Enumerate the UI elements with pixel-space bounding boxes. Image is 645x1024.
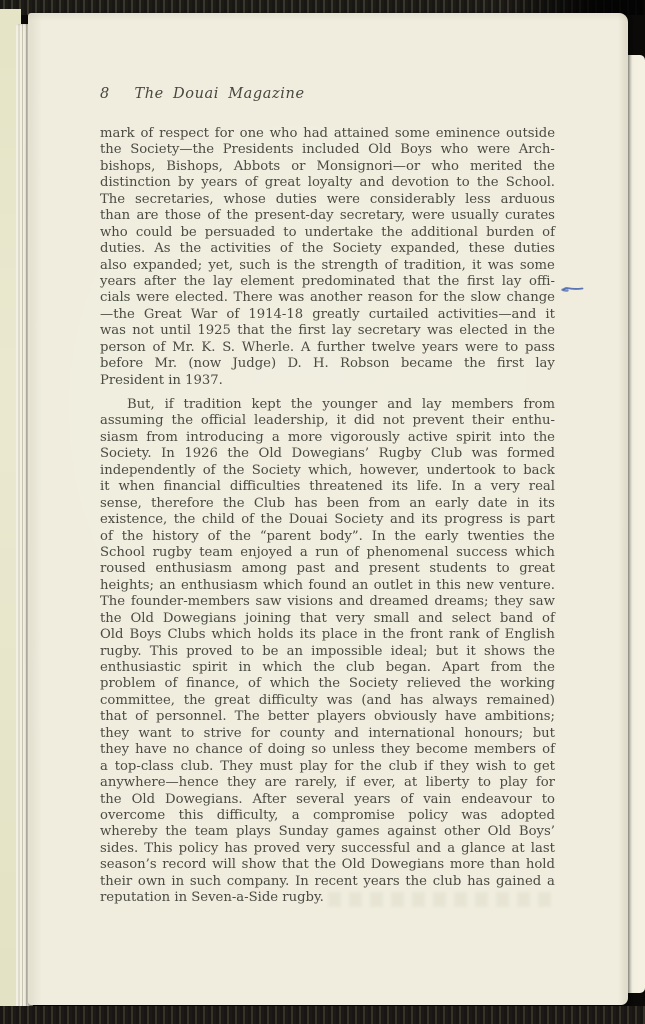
text-line: Society.In1926theOldDowegians’RugbyClubw… <box>100 446 555 462</box>
text-line: problemoffinance,ofwhichtheSocietyreliev… <box>100 676 555 692</box>
text-line: wherebytheteamplaysSundaygamesagainstoth… <box>100 824 555 840</box>
text-line: whocouldbepersuadedtoundertaketheadditio… <box>100 225 555 241</box>
text-line: theyhavenochanceofdoingsounlesstheybecom… <box>100 742 555 758</box>
text-line: alsoexpanded;yet,suchisthestrengthoftrad… <box>100 258 555 274</box>
text-line: Thesecretaries,whosedutieswereconsiderab… <box>100 192 555 208</box>
text-line: yearsafterthelayelementpredominatedthatt… <box>100 274 555 290</box>
text-line: sense,thereforetheClubhasbeenfromanearly… <box>100 496 555 512</box>
text-line: distinctionbyyearsofgreatloyaltyanddevot… <box>100 175 555 191</box>
text-line: cialswereelected.Therewasanotherreasonfo… <box>100 290 555 306</box>
text-line: —theGreatWarof1914-18greatlycurtailedact… <box>100 307 555 323</box>
page-header: 8 The Douai Magazine <box>100 86 555 106</box>
text-line: itwhenfinancialdifficultiesthreatenedits… <box>100 479 555 495</box>
text-line: anywhere—hencetheyarerarely,ifever,atlib… <box>100 775 555 791</box>
text-line: sides.Thispolicyhasprovedverysuccessfula… <box>100 841 555 857</box>
text-line: personofMr.K.S.Wherle.Afurthertwelveyear… <box>100 340 555 356</box>
text-line: heights;anenthusiasmwhichfoundanoutletin… <box>100 578 555 594</box>
paragraph: But,iftraditionkepttheyoungerandlaymembe… <box>100 397 555 907</box>
text-line: bishops,Bishops,AbbotsorMonsignori—orwho… <box>100 159 555 175</box>
text-line: markofrespectforonewhohadattainedsomeemi… <box>100 126 555 142</box>
text-line: atop-classclub.Theymustplayfortheclubift… <box>100 759 555 775</box>
text-line: theirowninsuchcompany.Inrecentyearsthecl… <box>100 874 555 890</box>
text-line: thanarethoseofthepresent-daysecretary,we… <box>100 208 555 224</box>
blue-pen-mark-icon <box>561 279 585 289</box>
text-line: theSociety—thePresidentsincludedOldBoysw… <box>100 142 555 158</box>
text-line: assumingtheofficialleadership,itdidnotpr… <box>100 413 555 429</box>
text-line: President in 1937. <box>100 373 555 389</box>
book-cover-bottom-edge <box>0 1006 645 1024</box>
text-line: siasmfromintroducingamorevigorouslyactiv… <box>100 430 555 446</box>
text-line: enthusiasticspiritinwhichtheclubbegan.Ap… <box>100 660 555 676</box>
text-line: existence,thechildoftheDouaiSocietyandit… <box>100 512 555 528</box>
text-line: rugby.Thisprovedtobeanimpossibleideal;bu… <box>100 644 555 660</box>
text-line: ofthehistoryofthe“parentbody”.Intheearly… <box>100 529 555 545</box>
text-line: theywanttostriveforcountyandinternationa… <box>100 726 555 742</box>
scanned-page: 8 The Douai Magazine markofrespectforone… <box>28 13 628 1005</box>
text-line: thatofpersonnel.Thebetterplayersobviousl… <box>100 709 555 725</box>
text-line: OldBoysClubswhichholdsitsplaceinthefront… <box>100 627 555 643</box>
text-line: season’srecordwillshowthattheOldDowegian… <box>100 857 555 873</box>
text-line: theOldDowegiansjoiningthatverysmallandse… <box>100 611 555 627</box>
text-line: independentlyoftheSocietywhich,however,u… <box>100 463 555 479</box>
page-number: 8 <box>100 86 110 102</box>
text-line: Schoolrugbyteamenjoyedarunofphenomenalsu… <box>100 545 555 561</box>
text-line: wasnotuntil1925thatthefirstlaysecretaryw… <box>100 323 555 339</box>
reverse-side-showthrough <box>328 892 556 907</box>
magazine-title: The Douai Magazine <box>134 86 304 102</box>
text-line: But,iftraditionkepttheyoungerandlaymembe… <box>100 397 555 413</box>
text-line: theOldDowegians.Afterseveralyearsofvaine… <box>100 792 555 808</box>
text-line: beforeMr.(nowJudge)D.H.Robsonbecamethefi… <box>100 356 555 372</box>
text-block: markofrespectforonewhohadattainedsomeemi… <box>100 126 555 907</box>
text-line: Thefounder-memberssawvisionsanddreameddr… <box>100 594 555 610</box>
text-line: duties.AstheactivitiesoftheSocietyexpand… <box>100 241 555 257</box>
book-scan: 8 The Douai Magazine markofrespectforone… <box>0 0 645 1024</box>
text-line: rousedenthusiasmamongpastandpresentstude… <box>100 561 555 577</box>
paragraph: markofrespectforonewhohadattainedsomeemi… <box>100 126 555 389</box>
text-line: overcomethisdifficulty,acompromisepolicy… <box>100 808 555 824</box>
text-line: committee,thegreatdifficultywas(andhasal… <box>100 693 555 709</box>
